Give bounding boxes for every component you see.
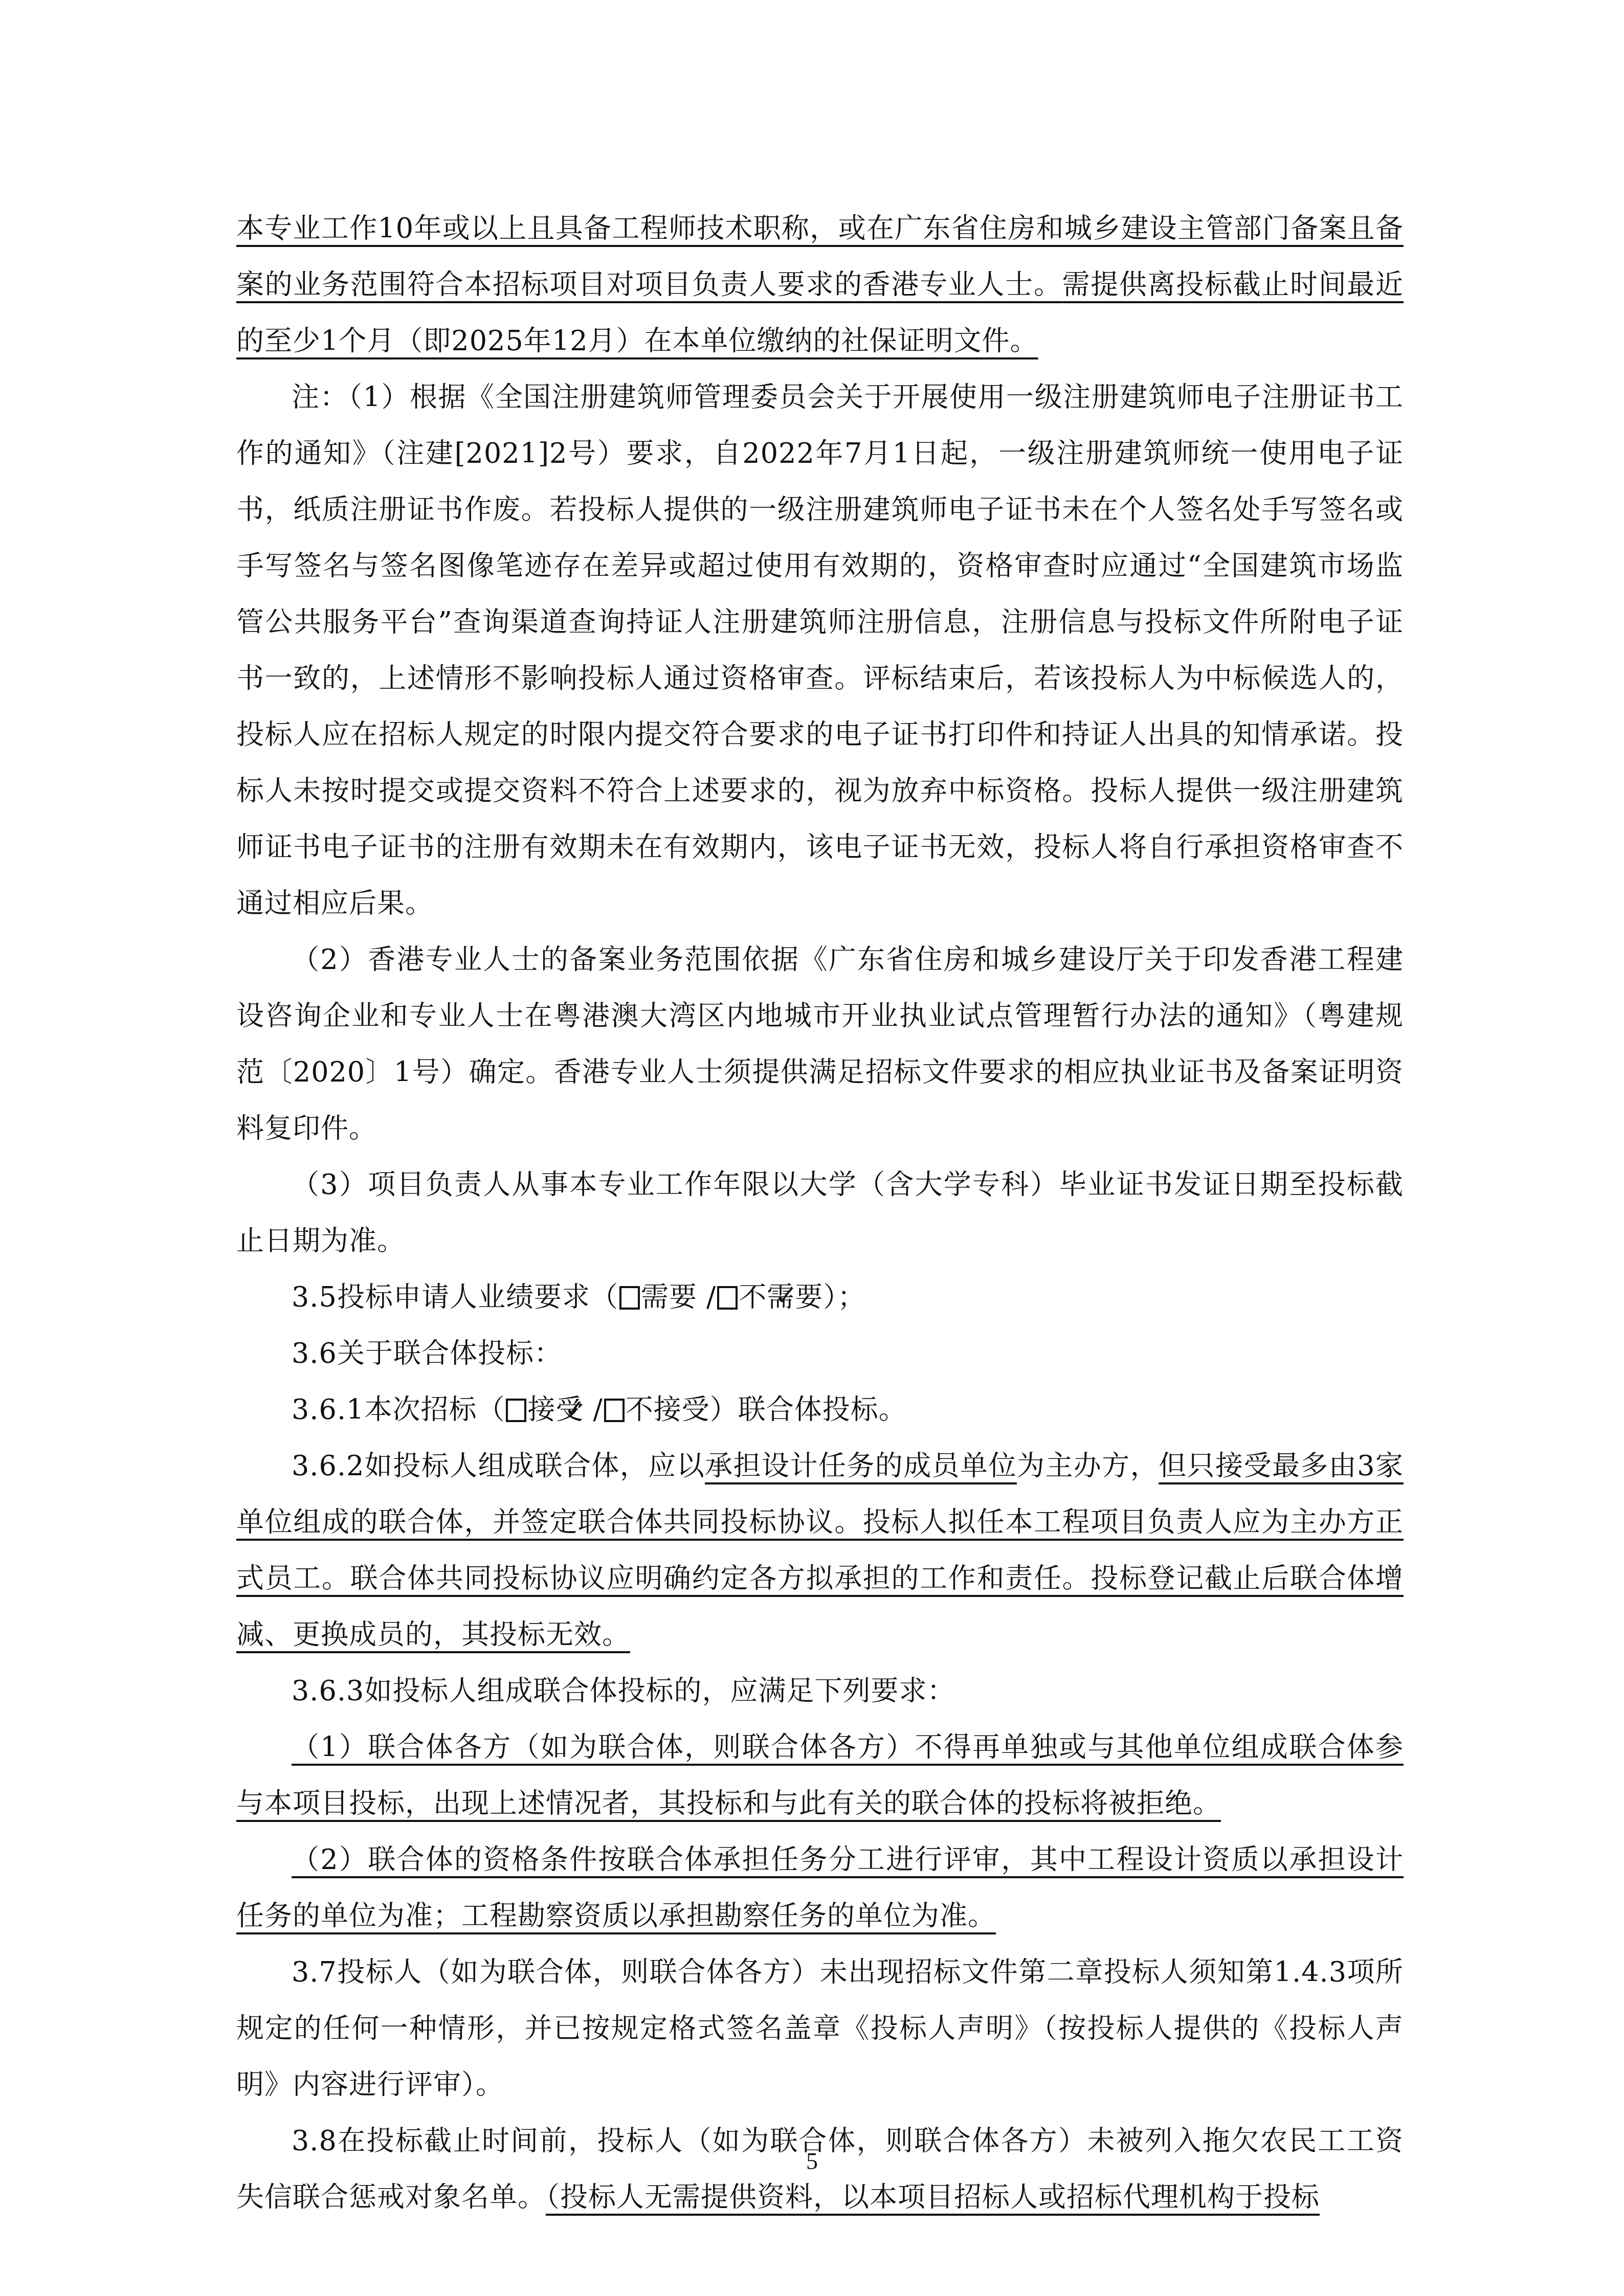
underlined-text: （投标人无需提供资料，以本项目招标人或招标代理机构于投标 [546,2181,1320,2213]
section-3-6-2: 3.6.2如投标人组成联合体，应以承担设计任务的成员单位为主办方，但只接受最多由… [236,1438,1404,1663]
note-2: （2）香港专业人士的备案业务范围依据《广东省住房和城乡建设厅关于印发香港工程建设… [236,932,1404,1157]
section-3-6-3-item-1: （1）联合体各方（如为联合体，则联合体各方）不得再单独或与其他单位组成联合体参与… [236,1719,1404,1832]
checkbox-required-unchecked[interactable] [619,1286,640,1310]
section-3-6-3: 3.6.3如投标人组成联合体投标的，应满足下列要求： [236,1663,1404,1719]
text: 3.6.2如投标人组成联合体，应以 [292,1450,705,1482]
note-1: 注：（1）根据《全国注册建筑师管理委员会关于开展使用一级注册建筑师电子注册证书工… [236,369,1404,932]
document-page: 本专业工作10年或以上且具备工程师技术职称，或在广东省住房和城乡建设主管部门备案… [236,200,1404,2225]
section-3-6-1: 3.6.1本次招标（接受 /不接受）联合体投标。 [236,1382,1404,1438]
section-3-5-suffix: ）； [823,1281,865,1313]
option-label: 需要 [641,1281,697,1313]
section-3-6-1-prefix: 3.6.1本次招标（ [292,1393,505,1426]
checkbox-not-required-checked[interactable] [717,1286,738,1310]
checkbox-accept-checked[interactable] [506,1399,526,1422]
paragraph-pm-requirement: 本专业工作10年或以上且具备工程师技术职称，或在广东省住房和城乡建设主管部门备案… [236,200,1404,369]
section-3-6: 3.6关于联合体投标： [236,1325,1404,1382]
section-3-5-prefix: 3.5投标申请人业绩要求（ [292,1281,618,1313]
section-3-6-1-suffix: ）联合体投标。 [710,1393,907,1426]
section-3-7: 3.7投标人（如为联合体，则联合体各方）未出现招标文件第二章投标人须知第1.4.… [236,1944,1404,2113]
separator: / [584,1393,603,1426]
page-number: 5 [0,2148,1624,2175]
underlined-text: （2）联合体的资格条件按联合体承担任务分工进行评审，其中工程设计资质以承担设计任… [236,1843,1404,1932]
separator: / [697,1281,716,1313]
note-3: （3）项目负责人从事本专业工作年限以大学（含大学专科）毕业证书发证日期至投标截止… [236,1157,1404,1269]
underlined-text: 承担设计任务的成员单位 [705,1450,1017,1482]
section-3-6-3-item-2: （2）联合体的资格条件按联合体承担任务分工进行评审，其中工程设计资质以承担设计任… [236,1832,1404,1944]
option-label: 不接受 [626,1393,710,1426]
checkbox-not-accept-unchecked[interactable] [604,1399,625,1422]
section-3-5: 3.5投标申请人业绩要求（需要 /不需要）； [236,1269,1404,1325]
text: 为主办方， [1017,1450,1159,1482]
underlined-text: （1）联合体各方（如为联合体，则联合体各方）不得再单独或与其他单位组成联合体参与… [236,1731,1404,1819]
